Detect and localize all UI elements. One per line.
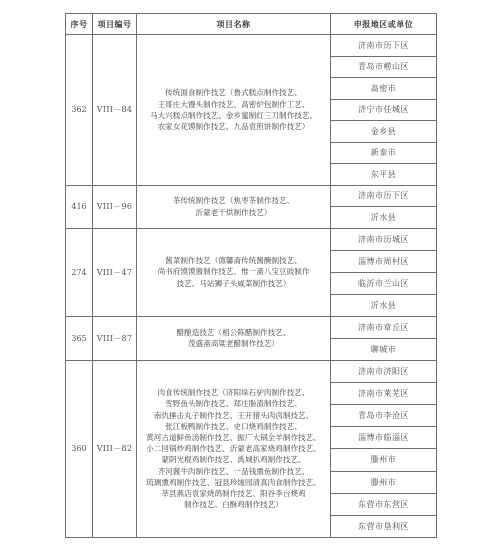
project-name-cell: 酱菜制作技艺（德馨斋传统酱醃制技艺、尚书府馍馍酱制作技艺、惟一斋八宝豆豉制作技艺… [137,228,331,316]
project-name-line: 技艺、马站狮子头咸菜制作技艺） [137,278,330,289]
project-name-line: 黄河古道鲜鱼汤制作技艺、振广大锅全羊制作技艺、 [137,432,330,443]
project-name-cell: 醋酿造技艺（相公陈醋制作技艺、茂盛斋高粱老醋制作技艺） [137,316,331,360]
project-name-line: 制作技艺、白酥鸡制作技艺） [137,499,330,510]
applicant-unit-cell: 济宁市任城区 [331,99,437,121]
applicant-unit-cell: 东营市垦利区 [331,515,437,537]
project-name-cell: 肉食传统制作技艺（济阳垛石驴肉制作技艺、雪野鱼头制作技艺、郑庄脂渣制作技艺、南仇… [137,360,331,538]
applicant-unit-cell: 济南市历城区 [331,228,437,250]
header-seq: 序号 [66,14,93,35]
project-code-cell: VIII－47 [93,228,137,316]
table-row: 274VIII－47酱菜制作技艺（德馨斋传统酱醃制技艺、尚书府馍馍酱制作技艺、惟… [66,228,437,250]
project-name-line: 茶传统制作技艺（焦枣茶制作技艺、 [137,195,330,206]
applicant-unit-cell: 淄博市临淄区 [331,427,437,449]
project-code-cell: VIII－96 [93,185,137,228]
project-name-line: 醋酿造技艺（相公陈醋制作技艺、 [137,327,330,338]
seq-cell: 360 [66,360,93,538]
header-row: 序号 项目编号 项目名称 申报地区或单位 [66,14,437,35]
project-name-line: 马大兴糕点制作技艺、金乡蜜制红三刀制作技艺、 [137,110,330,121]
project-name-line: 张江板鸭制作技艺、史口烧鸡制作技艺、 [137,421,330,432]
applicant-unit-cell: 滕州市 [331,471,437,493]
header-name: 项目名称 [137,14,331,35]
applicant-unit-cell: 青岛市李沧区 [331,404,437,426]
applicant-unit-cell: 滕州市 [331,449,437,471]
applicant-unit-cell: 沂水县 [331,294,437,316]
header-code: 项目编号 [93,14,137,35]
applicant-unit-cell: 济南市莱芜区 [331,382,437,404]
applicant-unit-cell: 聊城市 [331,338,437,360]
applicant-unit-cell: 淄博市周村区 [331,250,437,272]
project-name-line: 莘县燕店袁家烧鸽制作技艺、阳谷李台烧鸡 [137,488,330,499]
project-name-line: 蒙阴光棍鸡制作技艺、禹城扒鸡制作技艺、 [137,454,330,465]
applicant-unit-cell: 新泰市 [331,142,437,164]
applicant-unit-cell: 金乡县 [331,121,437,143]
project-code-cell: VIII－87 [93,316,137,360]
project-name-cell: 茶传统制作技艺（焦枣茶制作技艺、沂蒙老干烘制作技艺） [137,185,331,228]
heritage-project-table: 序号 项目编号 项目名称 申报地区或单位 362VIII－84传统面食制作技艺（… [65,13,437,538]
project-name-line: 传统面食制作技艺（鲁式糕点制作技艺、 [137,87,330,98]
project-name-line: 王哥庄大馒头制作技艺、高密炉包制作工艺、 [137,99,330,110]
seq-cell: 274 [66,228,93,316]
table-body: 362VIII－84传统面食制作技艺（鲁式糕点制作技艺、王哥庄大馒头制作技艺、高… [66,35,437,538]
applicant-unit-cell: 济南市章丘区 [331,316,437,338]
table-row: 362VIII－84传统面食制作技艺（鲁式糕点制作技艺、王哥庄大馒头制作技艺、高… [66,35,437,57]
project-name-line: 农家女花馍制作技艺、九品袁煎饼制作技艺） [137,121,330,132]
applicant-unit-cell: 东平县 [331,164,437,186]
project-name-line: 肉食传统制作技艺（济阳垛石驴肉制作技艺、 [137,387,330,398]
seq-cell: 362 [66,35,93,186]
applicant-unit-cell: 济南市历下区 [331,35,437,57]
project-name-line: 尚书府馍馍酱制作技艺、惟一斋八宝豆豉制作 [137,266,330,277]
project-code-cell: VIII－84 [93,35,137,186]
table-row: 365VIII－87醋酿造技艺（相公陈醋制作技艺、茂盛斋高粱老醋制作技艺）济南市… [66,316,437,338]
project-name-line: 酱菜制作技艺（德馨斋传统酱醃制技艺、 [137,255,330,266]
header-unit: 申报地区或单位 [331,14,437,35]
project-name-cell: 传统面食制作技艺（鲁式糕点制作技艺、王哥庄大馒头制作技艺、高密炉包制作工艺、马大… [137,35,331,186]
applicant-unit-cell: 济南市济阳区 [331,360,437,382]
project-name-line: 茂盛斋高粱老醋制作技艺） [137,338,330,349]
applicant-unit-cell: 青岛市崂山区 [331,56,437,78]
project-name-line: 齐河酱牛肉制作技艺、一品钱熏鱼制作技艺、 [137,466,330,477]
seq-cell: 365 [66,316,93,360]
project-name-line: 南仇捶击丸子制作技艺、王开猪头肉卤制技艺、 [137,410,330,421]
applicant-unit-cell: 东营市东营区 [331,493,437,515]
table-row: 360VIII－82肉食传统制作技艺（济阳垛石驴肉制作技艺、雪野鱼头制作技艺、郑… [66,360,437,382]
project-name-line: 琉璃熏鸡制作技艺、冠县珍馐园清真肉食制作技艺、 [137,477,330,488]
applicant-unit-cell: 高密市 [331,78,437,100]
table-row: 416VIII－96茶传统制作技艺（焦枣茶制作技艺、沂蒙老干烘制作技艺）济南市历… [66,185,437,207]
applicant-unit-cell: 临沂市兰山区 [331,272,437,294]
seq-cell: 416 [66,185,93,228]
applicant-unit-cell: 济南市历下区 [331,185,437,207]
applicant-unit-cell: 沂水县 [331,207,437,229]
project-code-cell: VIII－82 [93,360,137,538]
project-name-line: 雪野鱼头制作技艺、郑庄脂渣制作技艺、 [137,398,330,409]
project-name-line: 沂蒙老干烘制作技艺） [137,207,330,218]
project-name-line: 小二回锅炒鸡制作技艺、沂蒙老高家烧鸡制作技艺、 [137,443,330,454]
